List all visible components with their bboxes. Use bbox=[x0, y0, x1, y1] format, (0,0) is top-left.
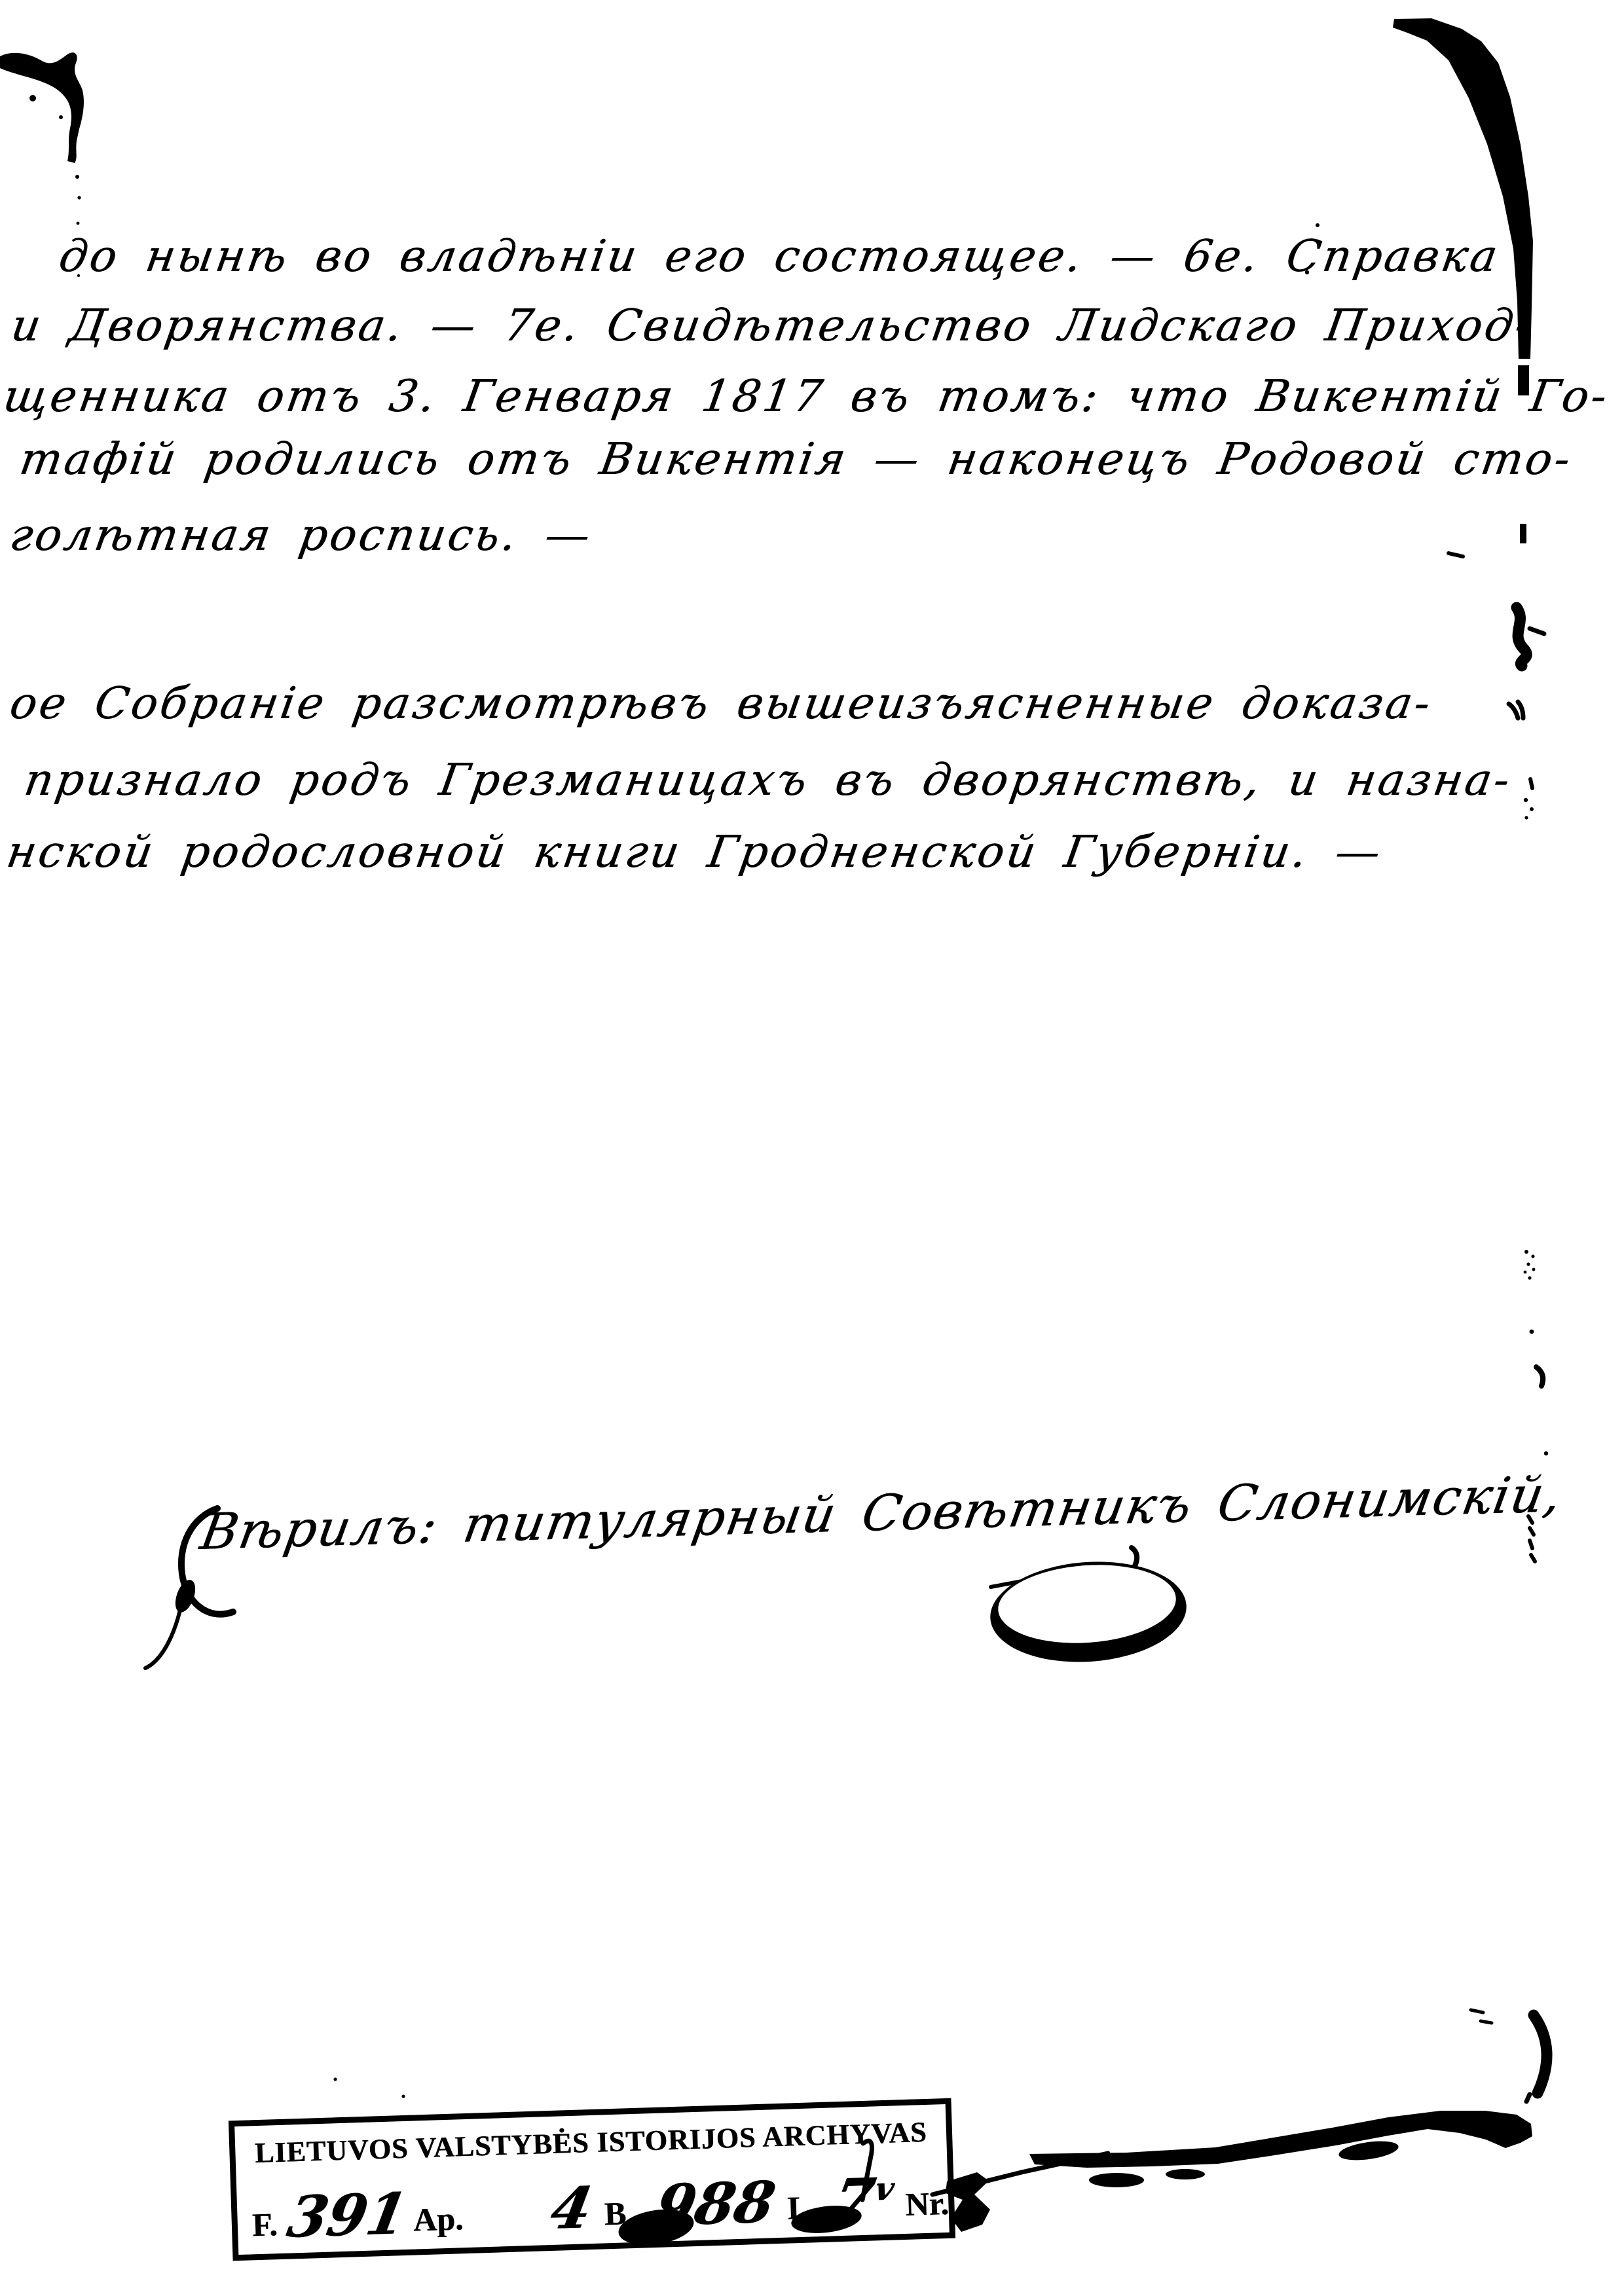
stamp-field-label: Nr. bbox=[905, 2184, 950, 2223]
archive-stamp: LIETUVOS VALSTYBĖS ISTORIJOS ARCHYVAS F.… bbox=[229, 2098, 955, 2261]
stamp-field-value: 391 bbox=[282, 2181, 412, 2251]
handwriting-line: тафій родились отъ Викентія — наконецъ Р… bbox=[16, 433, 1576, 484]
handwriting-line: признало родъ Грезманицахъ въ дворянствѣ… bbox=[21, 754, 1515, 805]
stamp-field-value: 7v bbox=[828, 2165, 898, 2233]
archive-stamp-reference-row: F. 391 Ap. 4 B. 988 L. 7v Nr. bbox=[236, 2159, 950, 2253]
stamp-field-label: Ap. bbox=[413, 2199, 464, 2238]
stamp-field-label: L. bbox=[787, 2188, 819, 2227]
stamp-field-value: 988 bbox=[650, 2169, 780, 2239]
stamp-field-label: B. bbox=[604, 2194, 635, 2232]
handwriting-line: до нынѣ во владѣніи его состоящее. — 6е.… bbox=[56, 230, 1504, 282]
stamp-field-value: 4 bbox=[545, 2175, 597, 2243]
handwriting-line: нской родословной книги Гродненской Губе… bbox=[3, 826, 1386, 877]
clerk-signature: Вѣрилъ: титулярный Совѣтникъ Слонимскій, bbox=[196, 1465, 1566, 1561]
signature-ellipse-flourish bbox=[987, 1556, 1190, 1669]
handwriting-line: и Дворянства. — 7е. Свидѣтельство Лидска… bbox=[8, 300, 1537, 351]
handwriting-line: голѣтная роспись. — bbox=[7, 509, 596, 560]
scanned-document-page: до нынѣ во владѣніи его состоящее. — 6е.… bbox=[0, 0, 1624, 2296]
handwriting-line: ое Собраніе разсмотрѣвъ вышеизъясненные … bbox=[7, 678, 1436, 729]
ink-marks-right-edge bbox=[1305, 223, 1548, 1561]
stamp-field-label: F. bbox=[251, 2205, 278, 2244]
handwriting-line: щенника отъ 3. Генваря 1817 въ томъ: что… bbox=[0, 371, 1613, 422]
